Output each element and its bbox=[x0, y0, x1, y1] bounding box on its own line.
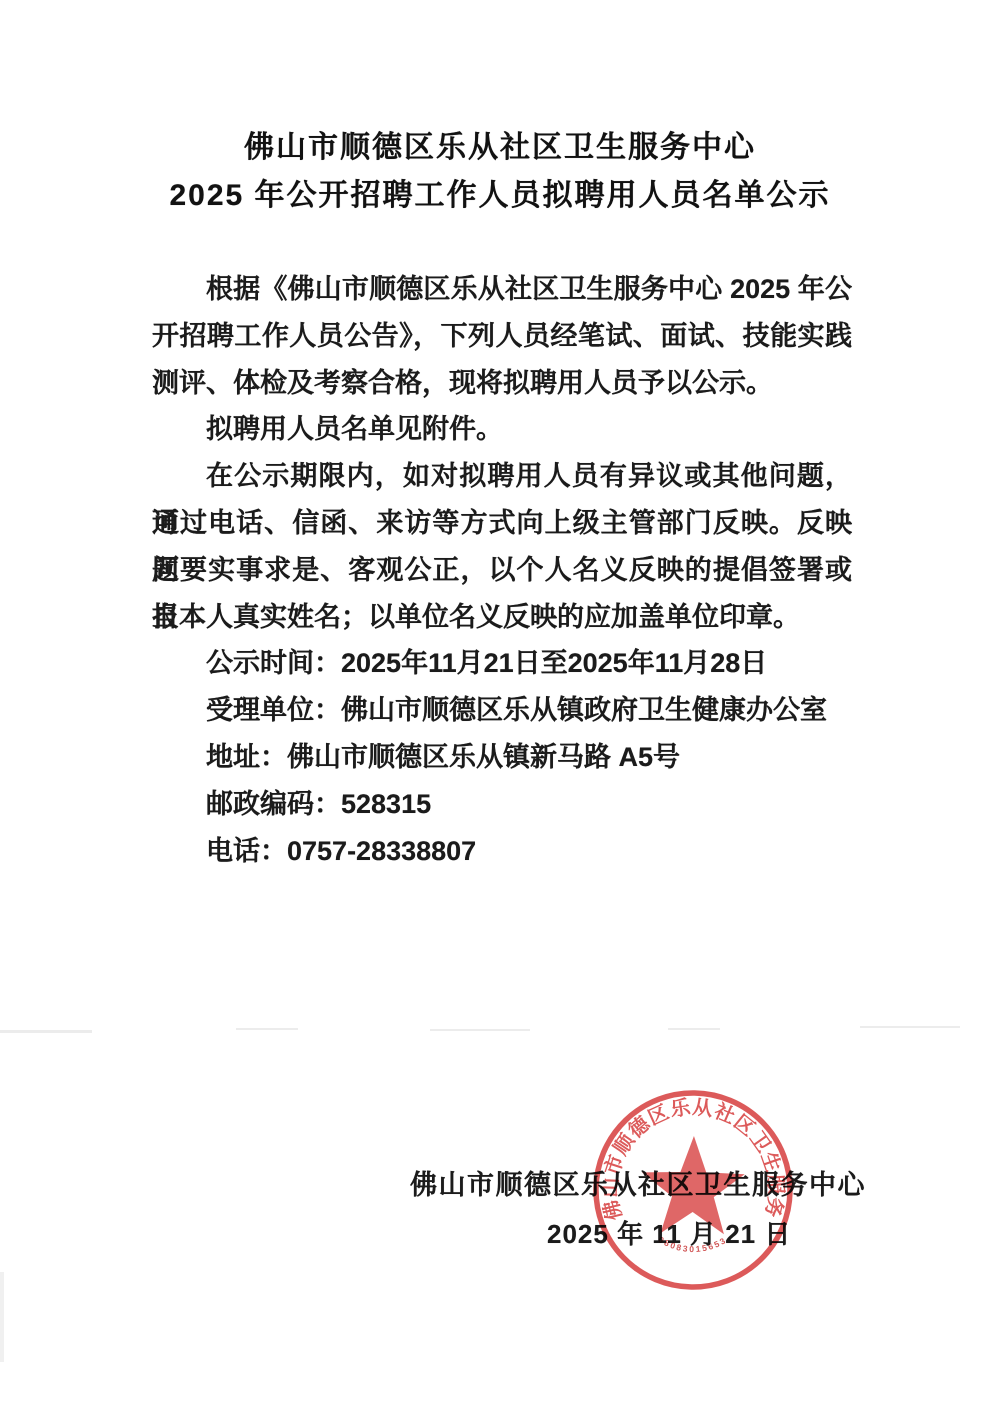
svg-text:08083015653: 08083015653 bbox=[656, 1234, 728, 1255]
scan-artifact bbox=[236, 1028, 298, 1030]
body-line: 测评、体检及考察合格，现将拟聘用人员予以公示。 bbox=[152, 360, 852, 407]
scan-artifact bbox=[0, 1272, 4, 1362]
document-page: 佛山市顺德区乐从社区卫生服务中心 2025 年公开招聘工作人员拟聘用人员名单公示… bbox=[0, 0, 1000, 1414]
scan-artifact bbox=[860, 1026, 960, 1028]
body-line: 通过电话、信函、来访等方式向上级主管部门反映。反映问 bbox=[152, 500, 852, 547]
body-line: 题要实事求是、客观公正，以个人名义反映的提倡签署或自 bbox=[152, 547, 852, 594]
document-title-line2: 2025 年公开招聘工作人员拟聘用人员名单公示 bbox=[0, 170, 1000, 214]
body-line-publicity-period: 公示时间：2025年11月21日至2025年11月28日 bbox=[152, 640, 852, 687]
body-line: 拟聘用人员名单见附件。 bbox=[152, 406, 852, 453]
document-body: 根据《佛山市顺德区乐从社区卫生服务中心 2025 年公 开招聘工作人员公告》，下… bbox=[152, 266, 852, 874]
body-line: 开招聘工作人员公告》，下列人员经笔试、面试、技能实践 bbox=[152, 313, 852, 360]
document-title-line1: 佛山市顺德区乐从社区卫生服务中心 bbox=[0, 122, 1000, 166]
official-seal-stamp-icon: 佛山市顺德区乐从社区卫生服务中心 08083015653 bbox=[584, 1081, 802, 1299]
scan-artifact bbox=[0, 1030, 92, 1033]
body-line: 在公示期限内，如对拟聘用人员有异议或其他问题，可 bbox=[152, 453, 852, 500]
body-line-accepting-unit: 受理单位：佛山市顺德区乐从镇政府卫生健康办公室 bbox=[152, 687, 852, 734]
seal-serial-number: 08083015653 bbox=[656, 1234, 728, 1255]
body-line: 根据《佛山市顺德区乐从社区卫生服务中心 2025 年公 bbox=[152, 266, 852, 313]
body-line: 报本人真实姓名；以单位名义反映的应加盖单位印章。 bbox=[152, 594, 852, 641]
seal-star-icon bbox=[641, 1135, 745, 1234]
body-line-address: 地址：佛山市顺德区乐从镇新马路 A5号 bbox=[152, 734, 852, 781]
scan-artifact bbox=[430, 1029, 530, 1031]
body-line-postcode: 邮政编码：528315 bbox=[152, 781, 852, 828]
body-line-phone: 电话：0757-28338807 bbox=[152, 828, 852, 875]
scan-artifact bbox=[668, 1028, 720, 1030]
